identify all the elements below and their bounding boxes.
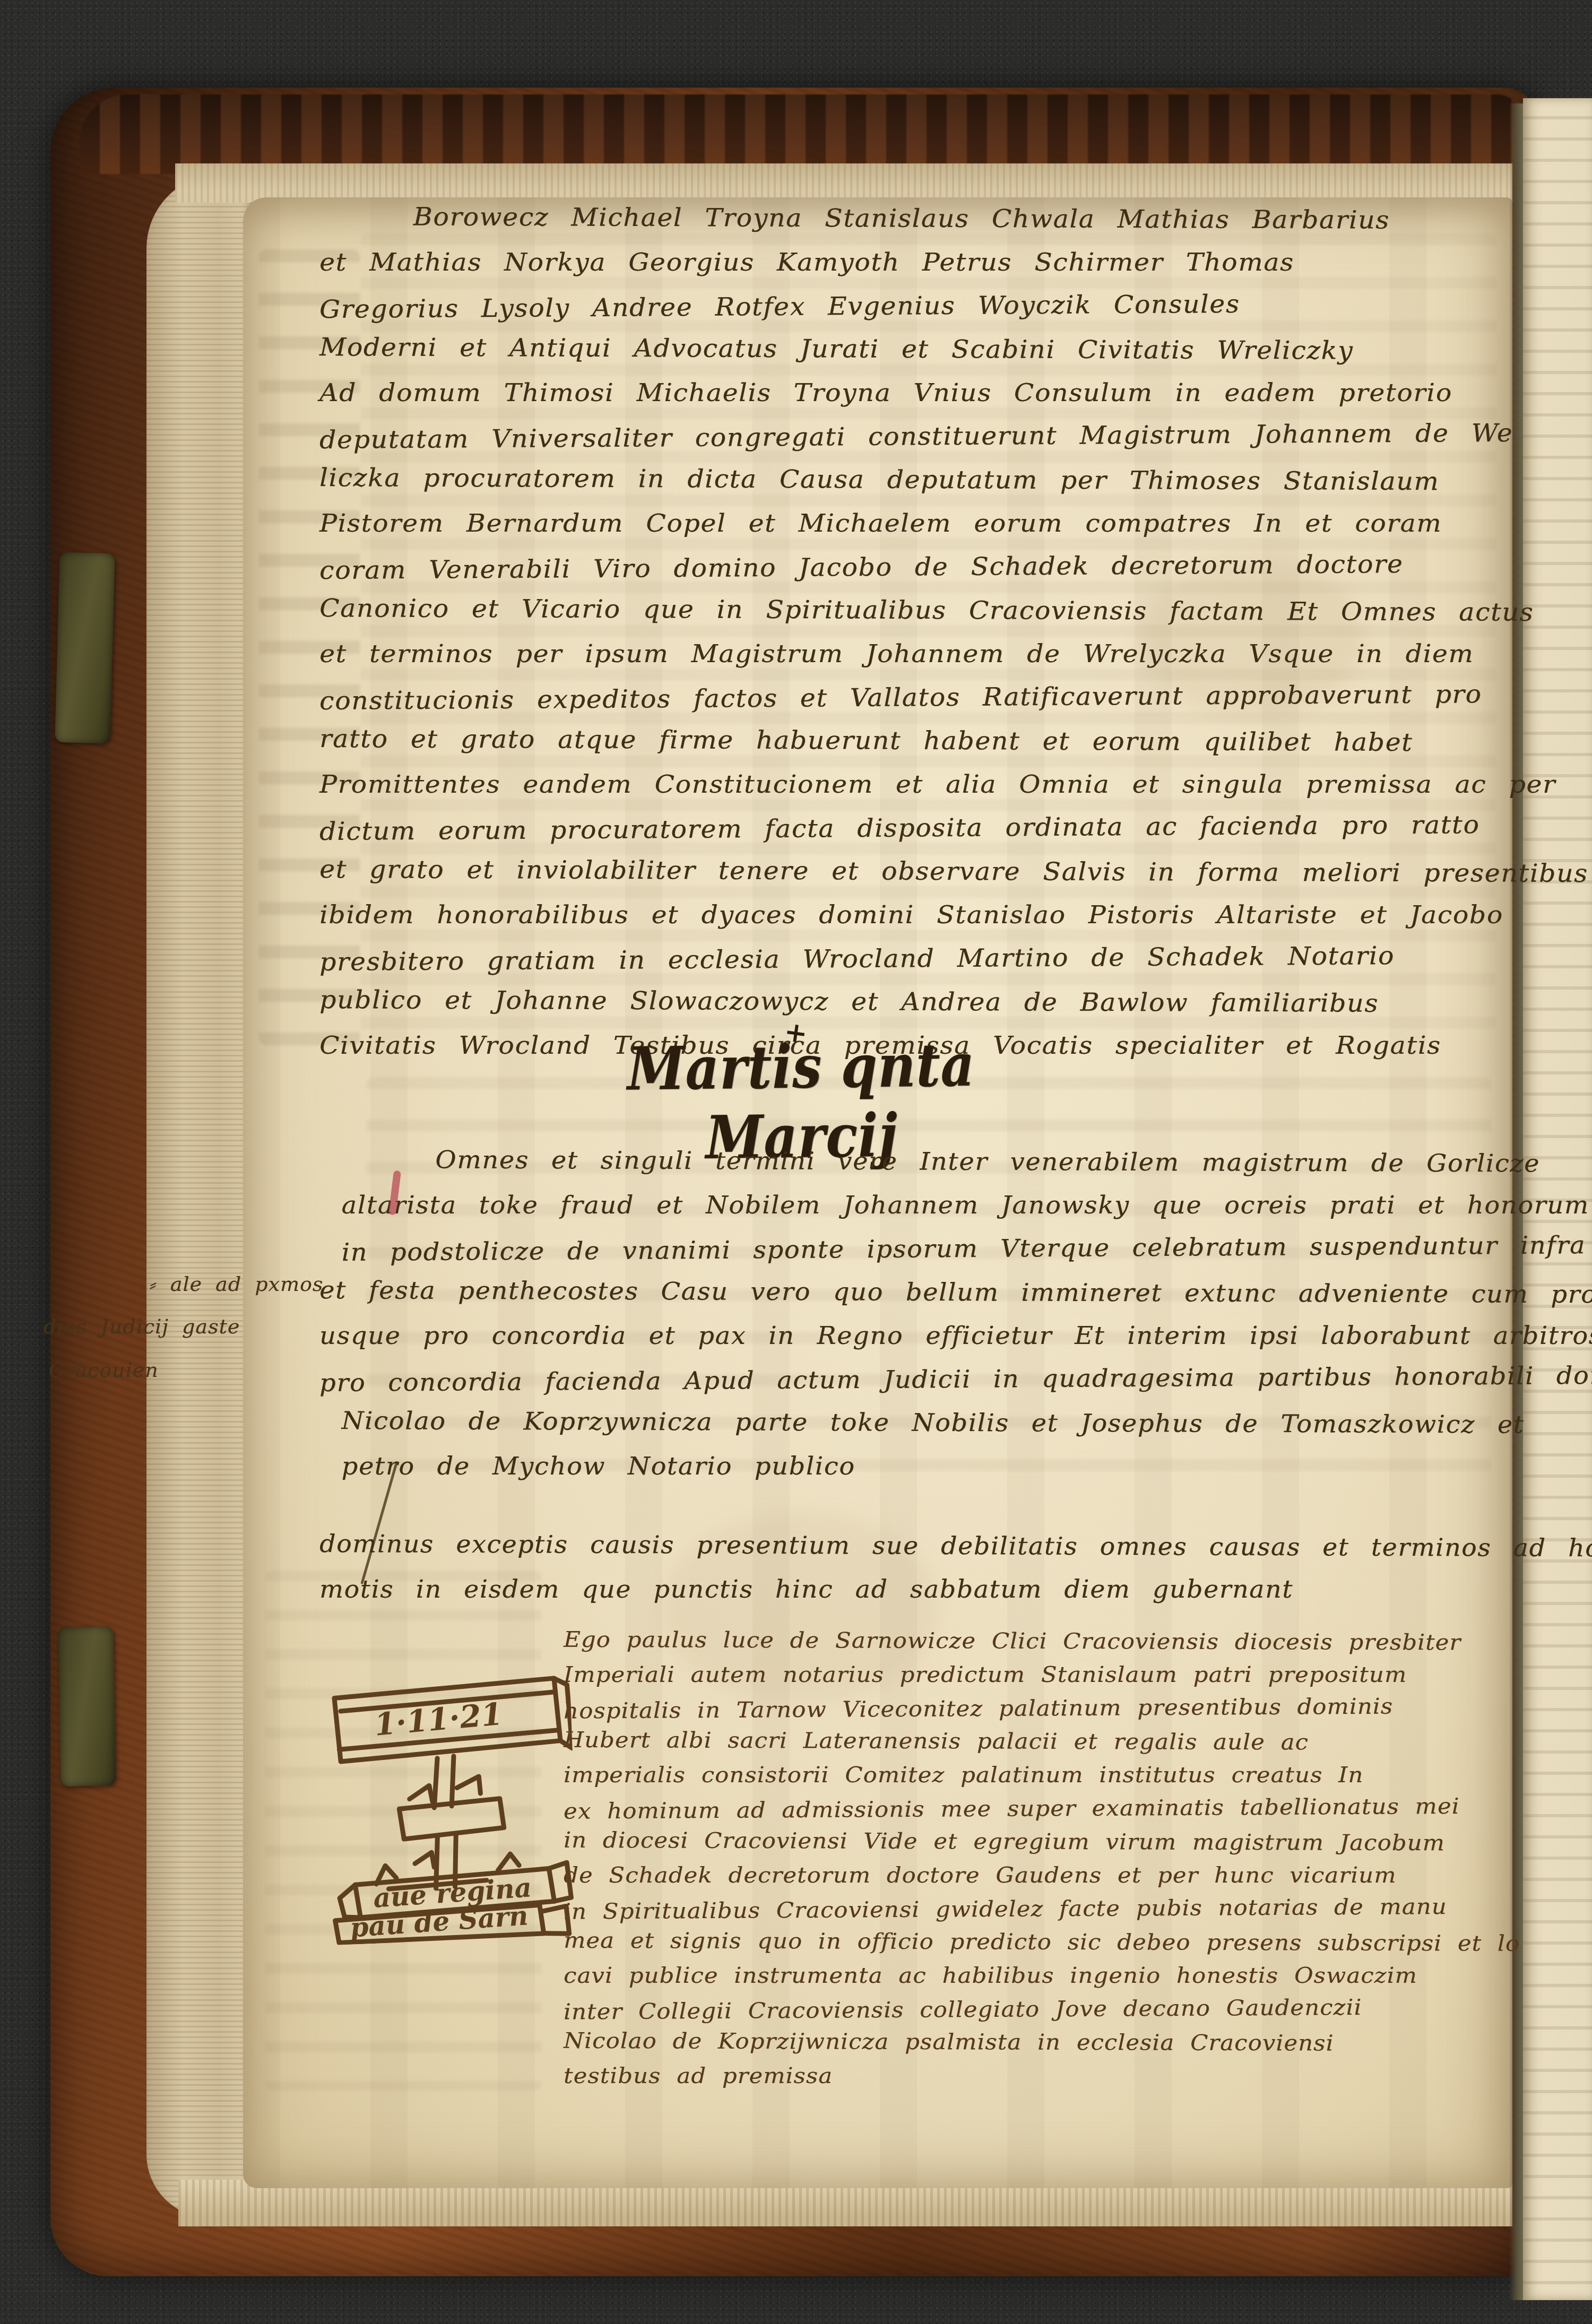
text-line: Gregorius Lysoly Andree Rotfex Evgenius …: [319, 281, 1572, 332]
text-line: usque pro concordia et pax in Regno effi…: [319, 1314, 1584, 1357]
clasp-upper: [55, 552, 115, 744]
text-line: Omnes et singuli termini vere Inter vene…: [435, 1138, 1583, 1185]
text-line: altarista toke fraud et Nobilem Johannem…: [342, 1183, 1584, 1227]
text-line: pro concordia facienda Apud actum Judici…: [319, 1354, 1584, 1404]
text-line: imperialis consistorii Comitez palatinum…: [564, 1758, 1592, 1792]
sign-flag-right: [456, 1776, 480, 1794]
text-line: et Mathias Norkya Georgius Kamyoth Petru…: [319, 241, 1572, 284]
text-line: in podstolicze de vnanimi sponte ipsorum…: [341, 1223, 1583, 1274]
text-line: dictum eorum procuratorem facta disposit…: [319, 803, 1572, 854]
notary-sign: 1·11·21 aue regina pau de Sarn: [320, 1661, 579, 1945]
margin-note: Cracouien: [49, 1358, 159, 1382]
sign-stem: [432, 1756, 455, 1808]
text-line: mea et signis quo in officio predicto si…: [564, 1924, 1592, 1961]
margin-note: ⸗ ale ad pxmos: [150, 1272, 323, 1296]
text-line: ratto et grato atque firme habuerunt hab…: [319, 717, 1572, 765]
sign-ribbon2-foldright: [543, 1906, 569, 1935]
text-line: in diocesi Cracoviensi Vide et egregium …: [564, 1824, 1592, 1860]
text-line: publico et Johanne Slowaczowycz et Andre…: [319, 978, 1572, 1026]
text-line: deputatam Vniversaliter congregati const…: [319, 411, 1572, 462]
text-line: in Spiritualibus Cracoviensi gwidelez fa…: [564, 1889, 1592, 1928]
text-line: et festa penthecostes Casu vero quo bell…: [319, 1268, 1584, 1316]
text-line: Moderni et Antiqui Advocatus Jurati et S…: [319, 326, 1572, 374]
text-line: testibus ad premissa: [564, 2059, 1592, 2093]
text-line: dominus exceptis causis presentium sue d…: [319, 1522, 1577, 1569]
notarial-attestation-block: Ego paulus luce de Sarnowicze Clici Crac…: [564, 1625, 1592, 2093]
text-line: hospitalis in Tarnow Viceconitez palatin…: [564, 1688, 1592, 1728]
entry-block-1: Borowecz Michael Troyna Stanislaus Chwal…: [319, 197, 1572, 1068]
leather-embossed-edge: [80, 94, 1523, 174]
text-line: Ego paulus luce de Sarnowicze Clici Crac…: [564, 1623, 1592, 1660]
text-line: Promittentes eandem Constitucionem et al…: [319, 763, 1572, 807]
text-line: Borowecz Michael Troyna Stanislaus Chwal…: [413, 195, 1572, 242]
text-line: Imperiali autem notarius predictum Stani…: [564, 1658, 1592, 1692]
sign-ribbon1-peak2: [497, 1854, 519, 1870]
text-line: Ad domum Thimosi Michaelis Troyna Vnius …: [319, 371, 1572, 415]
sign-crossbox: [399, 1798, 504, 1839]
text-line: ex hominum ad admissionis mee super exam…: [564, 1789, 1592, 1828]
text-line: inter Collegii Cracoviensis collegiato J…: [564, 1989, 1592, 2028]
text-line: petro de Mychow Notario publico: [342, 1444, 1584, 1488]
sign-flag-mid: [414, 1852, 434, 1868]
clasp-lower: [58, 1626, 116, 1787]
sign-flag-left: [409, 1785, 432, 1802]
text-line: constitucionis expeditos factos et Valla…: [319, 672, 1572, 723]
text-line: liczka procuratorem in dicta Causa deput…: [319, 456, 1572, 504]
text-line: Nicolao de Koprzywnicza parte toke Nobil…: [341, 1399, 1583, 1446]
margin-note: dies Judicij gaste: [44, 1315, 240, 1338]
text-line: de Schadek decretorum doctore Gaudens et…: [564, 1859, 1592, 1892]
text-line: cavi publice instrumenta ac habilibus in…: [564, 1959, 1592, 1992]
text-line: et terminos per ipsum Magistrum Johannem…: [319, 632, 1572, 676]
text-line: motis in eisdem que punctis hinc ad sabb…: [319, 1567, 1577, 1611]
page-edges-left: [146, 174, 250, 2218]
text-line: et grato et inviolabiliter tenere et obs…: [319, 848, 1572, 896]
entry-block-2: Omnes et singuli termini vere Inter vene…: [319, 1140, 1584, 1488]
text-line: Hubert albi sacri Lateranensis palacii e…: [564, 1723, 1592, 1760]
text-line: coram Venerabili Viro domino Jacobo de S…: [319, 542, 1572, 593]
text-line: ibidem honorabilibus et dyaces domini St…: [319, 894, 1572, 937]
photo-backdrop: Borowecz Michael Troyna Stanislaus Chwal…: [0, 0, 1592, 2324]
text-line: presbitero gratiam in ecclesia Wrocland …: [319, 933, 1572, 984]
entry-block-3: dominus exceptis causis presentium sue d…: [319, 1524, 1577, 1611]
text-line: Pistorem Bernardum Copel et Michaelem eo…: [319, 502, 1572, 545]
text-line: Canonico et Vicario que in Spiritualibus…: [319, 587, 1572, 635]
text-line: Nicolao de Koprzijwnicza psalmista in ec…: [564, 2024, 1592, 2061]
